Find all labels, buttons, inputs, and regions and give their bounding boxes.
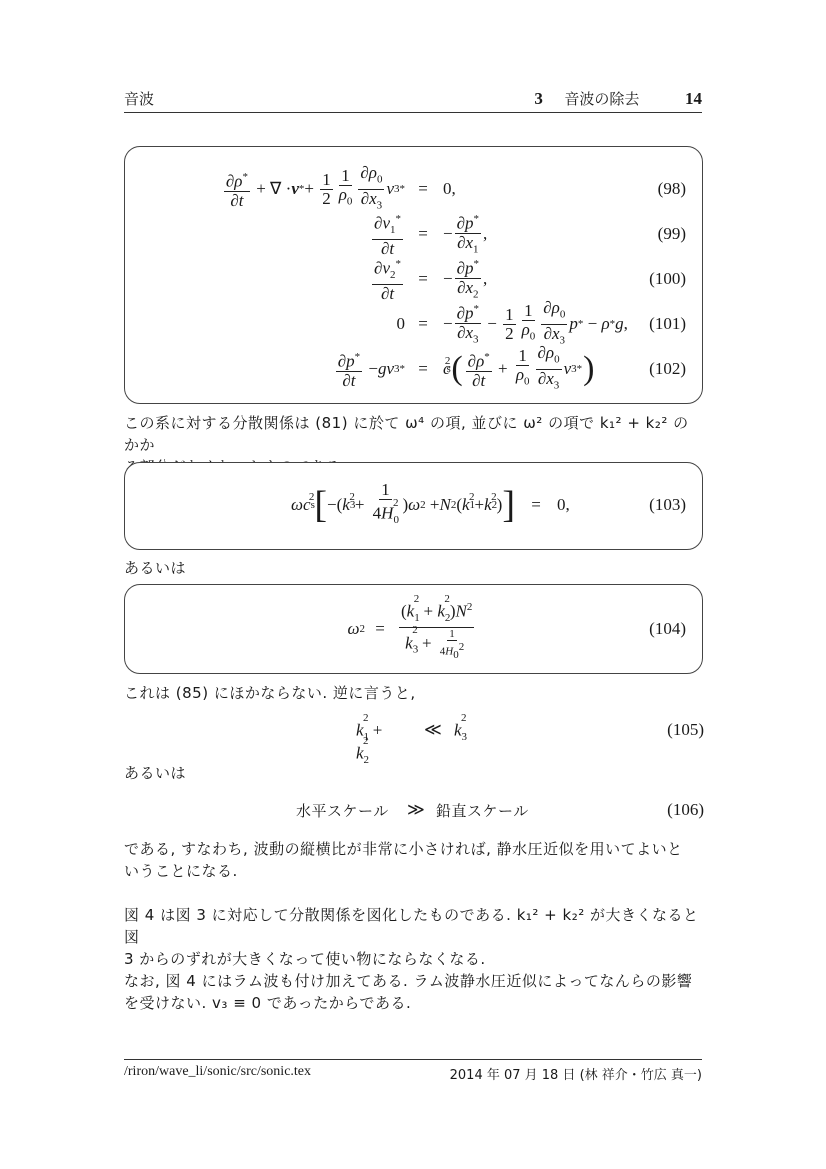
equation-number-104: (104)	[649, 619, 686, 639]
header-title: 音波	[124, 88, 154, 109]
equation-105: k12 + k22 ≪ k32 (105)	[124, 718, 704, 748]
paragraph-hydrostatic: である, すなわち, 波動の縦横比が非常に小さければ, 静水圧近似を用いてよいと…	[124, 838, 704, 882]
equation-102: ∂p*∂t − gv3* = cs2 ( ∂ρ*∂t + 1ρ0 ∂ρ0∂x3 …	[125, 347, 702, 391]
equation-100-rhs: −∂p*∂x2,	[443, 257, 487, 301]
running-footer: /riron/wave_li/sonic/src/sonic.tex 2014 …	[124, 1064, 702, 1084]
equation-number-106: (106)	[667, 800, 704, 820]
equation-number-102: (102)	[649, 359, 686, 379]
equation-number-103: (103)	[649, 495, 686, 515]
section-number: 3	[534, 89, 543, 108]
equation-98-rhs: 0,	[443, 167, 456, 211]
header-section: 3 音波の除去 14	[534, 88, 702, 109]
equation-106-op: ≫	[407, 800, 425, 820]
equation-100: ∂v2*∂t = −∂p*∂x2, (100)	[125, 257, 702, 301]
paragraph-line: 3 からのずれが大きくなって使い物にならなくなる.	[124, 948, 704, 970]
equation-105-op: ≪	[424, 720, 442, 740]
equation-number-100: (100)	[649, 269, 686, 289]
equation-98-lhs: ∂ρ*∂t + ∇ · v* + 12 1ρ0 ∂ρ0∂x3 v3*	[205, 167, 405, 211]
equation-106: 水平スケール ≫ 鉛直スケール (106)	[124, 798, 704, 828]
paragraph-line: なお, 図 4 にはラム波も付け加えてある. ラム波静水圧近似によってなんらの影…	[124, 970, 704, 992]
equation-102-rhs: cs2 ( ∂ρ*∂t + 1ρ0 ∂ρ0∂x3 v3* )	[443, 347, 595, 391]
equation-100-lhs: ∂v2*∂t	[305, 257, 405, 301]
equation-101-lhs: 0	[305, 302, 405, 346]
equation-box-104: ω2 = (k12 + k22)N2 k32 + 14H02 (104)	[124, 584, 703, 674]
equation-105-lhs: k12 + k22	[356, 720, 399, 766]
equation-99-rhs: −∂p*∂x1,	[443, 212, 487, 256]
footer-date-authors: 2014 年 07 月 18 日 (林 祥介・竹広 真一)	[450, 1064, 702, 1083]
equation-104-lhs: ω2	[305, 607, 365, 651]
paragraph-line: いうことになる.	[124, 860, 704, 882]
header-rule	[124, 112, 702, 113]
section-title: 音波の除去	[564, 90, 639, 108]
equation-101: 0 = −∂p*∂x3 − 12 1ρ0 ∂ρ0∂x3 p* − ρ*g, (1…	[125, 302, 702, 346]
paragraph-line: 図 4 は図 3 に対応して分散関係を図化したものである. k₁² + k₂² …	[124, 904, 704, 948]
equation-number-101: (101)	[649, 314, 686, 334]
text-or-1: あるいは	[124, 557, 704, 579]
equation-number-98: (98)	[658, 179, 686, 199]
equation-99-lhs: ∂v1*∂t	[305, 212, 405, 256]
equation-box-98-102: ∂ρ*∂t + ∇ · v* + 12 1ρ0 ∂ρ0∂x3 v3* = 0, …	[124, 146, 703, 404]
equation-98: ∂ρ*∂t + ∇ · v* + 12 1ρ0 ∂ρ0∂x3 v3* = 0, …	[125, 167, 702, 211]
running-header: 音波 3 音波の除去 14	[124, 88, 702, 110]
paragraph-conversely: これは (85) にほかならない. 逆に言うと,	[124, 682, 704, 704]
equation-99: ∂v1*∂t = −∂p*∂x1, (99)	[125, 212, 702, 256]
paragraph-figure-4: 図 4 は図 3 に対応して分散関係を図化したものである. k₁² + k₂² …	[124, 904, 704, 1014]
text-or-2: あるいは	[124, 762, 704, 784]
footer-source-path: /riron/wave_li/sonic/src/sonic.tex	[124, 1064, 311, 1080]
equation-104: ω2 = (k12 + k22)N2 k32 + 14H02 (104)	[125, 607, 702, 651]
equation-102-lhs: ∂p*∂t − gv3*	[275, 347, 405, 391]
equation-105-rhs: k32	[454, 720, 467, 743]
equation-103: ωcs2 [ −(k32 + 14H02)ω2 + N2(k12 + k22) …	[125, 483, 702, 527]
equation-number-99: (99)	[658, 224, 686, 244]
paragraph-line: を受けない. v₃ ≡ 0 であったからである.	[124, 992, 704, 1014]
equation-number-105: (105)	[667, 720, 704, 740]
paragraph-line: この系に対する分散関係は (81) に於て ω⁴ の項, 並びに ω² の項で …	[124, 412, 704, 456]
equation-106-rhs: 鉛直スケール	[436, 800, 529, 821]
paragraph-line: である, すなわち, 波動の縦横比が非常に小さければ, 静水圧近似を用いてよいと	[124, 838, 704, 860]
equation-106-lhs: 水平スケール	[296, 800, 389, 821]
equation-101-rhs: −∂p*∂x3 − 12 1ρ0 ∂ρ0∂x3 p* − ρ*g,	[443, 302, 628, 346]
equation-103-rhs: 0,	[557, 483, 570, 527]
equation-104-rhs: (k12 + k22)N2 k32 + 14H02	[397, 607, 476, 651]
equation-103-lhs: ωcs2 [ −(k32 + 14H02)ω2 + N2(k12 + k22) …	[225, 483, 515, 527]
equation-box-103: ωcs2 [ −(k32 + 14H02)ω2 + N2(k12 + k22) …	[124, 462, 703, 550]
page-number: 14	[685, 89, 702, 108]
footer-rule	[124, 1059, 702, 1060]
